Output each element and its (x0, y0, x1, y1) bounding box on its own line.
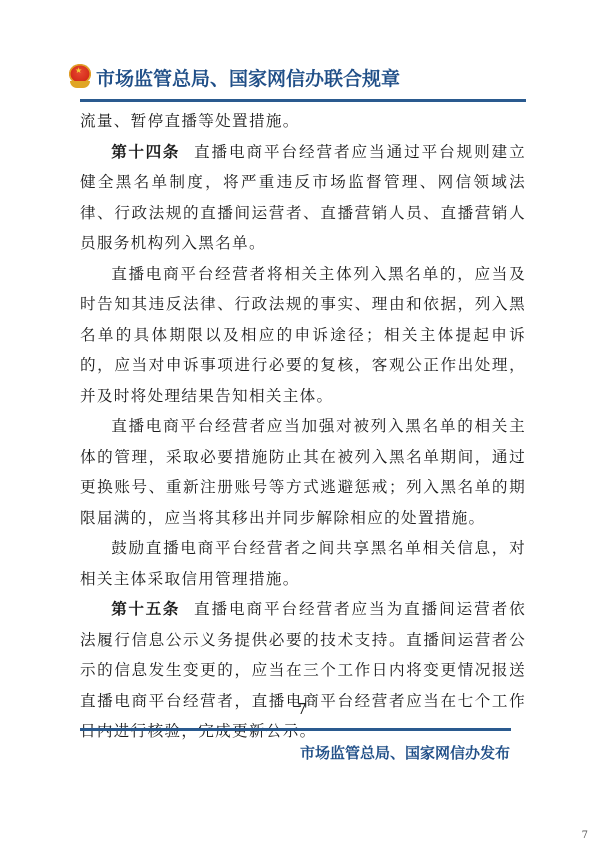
paragraph-continuation: 流量、暂停直播等处置措施。 (80, 106, 526, 137)
header-divider (80, 99, 526, 102)
corner-page-number: 7 (582, 830, 588, 841)
article-14: 第十四条直播电商平台经营者应当通过平台规则建立健全黑名单制度，将严重违反市场监督… (80, 137, 526, 259)
document-body: 流量、暂停直播等处置措施。 第十四条直播电商平台经营者应当通过平台规则建立健全黑… (80, 106, 526, 747)
national-emblem-icon: ★ (68, 64, 92, 90)
footer-divider (80, 728, 511, 731)
paragraph: 直播电商平台经营者应当加强对被列入黑名单的相关主体的管理，采取必要措施防止其在被… (80, 411, 526, 533)
article-15: 第十五条直播电商平台经营者应当为直播间运营者依法履行信息公示义务提供必要的技术支… (80, 594, 526, 747)
header-title: 市场监管总局、国家网信办联合规章 (96, 64, 400, 91)
paragraph-text: 直播电商平台经营者应当为直播间运营者依法履行信息公示义务提供必要的技术支持。直播… (80, 600, 526, 740)
paragraph: 直播电商平台经营者将相关主体列入黑名单的，应当及时告知其违反法律、行政法规的事实… (80, 259, 526, 412)
paragraph-text: 直播电商平台经营者应当加强对被列入黑名单的相关主体的管理，采取必要措施防止其在被… (80, 417, 526, 527)
page-header: ★ 市场监管总局、国家网信办联合规章 (68, 62, 400, 92)
footer-publisher: 市场监管总局、国家网信办发布 (300, 742, 510, 763)
article-number: 第十五条 (111, 600, 180, 618)
paragraph: 鼓励直播电商平台经营者之间共享黑名单相关信息，对相关主体采取信用管理措施。 (80, 533, 526, 594)
page-number: 7 (0, 700, 600, 718)
paragraph-text: 流量、暂停直播等处置措施。 (80, 112, 300, 130)
paragraph-text: 直播电商平台经营者将相关主体列入黑名单的，应当及时告知其违反法律、行政法规的事实… (80, 265, 526, 405)
paragraph-text: 鼓励直播电商平台经营者之间共享黑名单相关信息，对相关主体采取信用管理措施。 (80, 539, 526, 588)
article-number: 第十四条 (111, 143, 180, 161)
